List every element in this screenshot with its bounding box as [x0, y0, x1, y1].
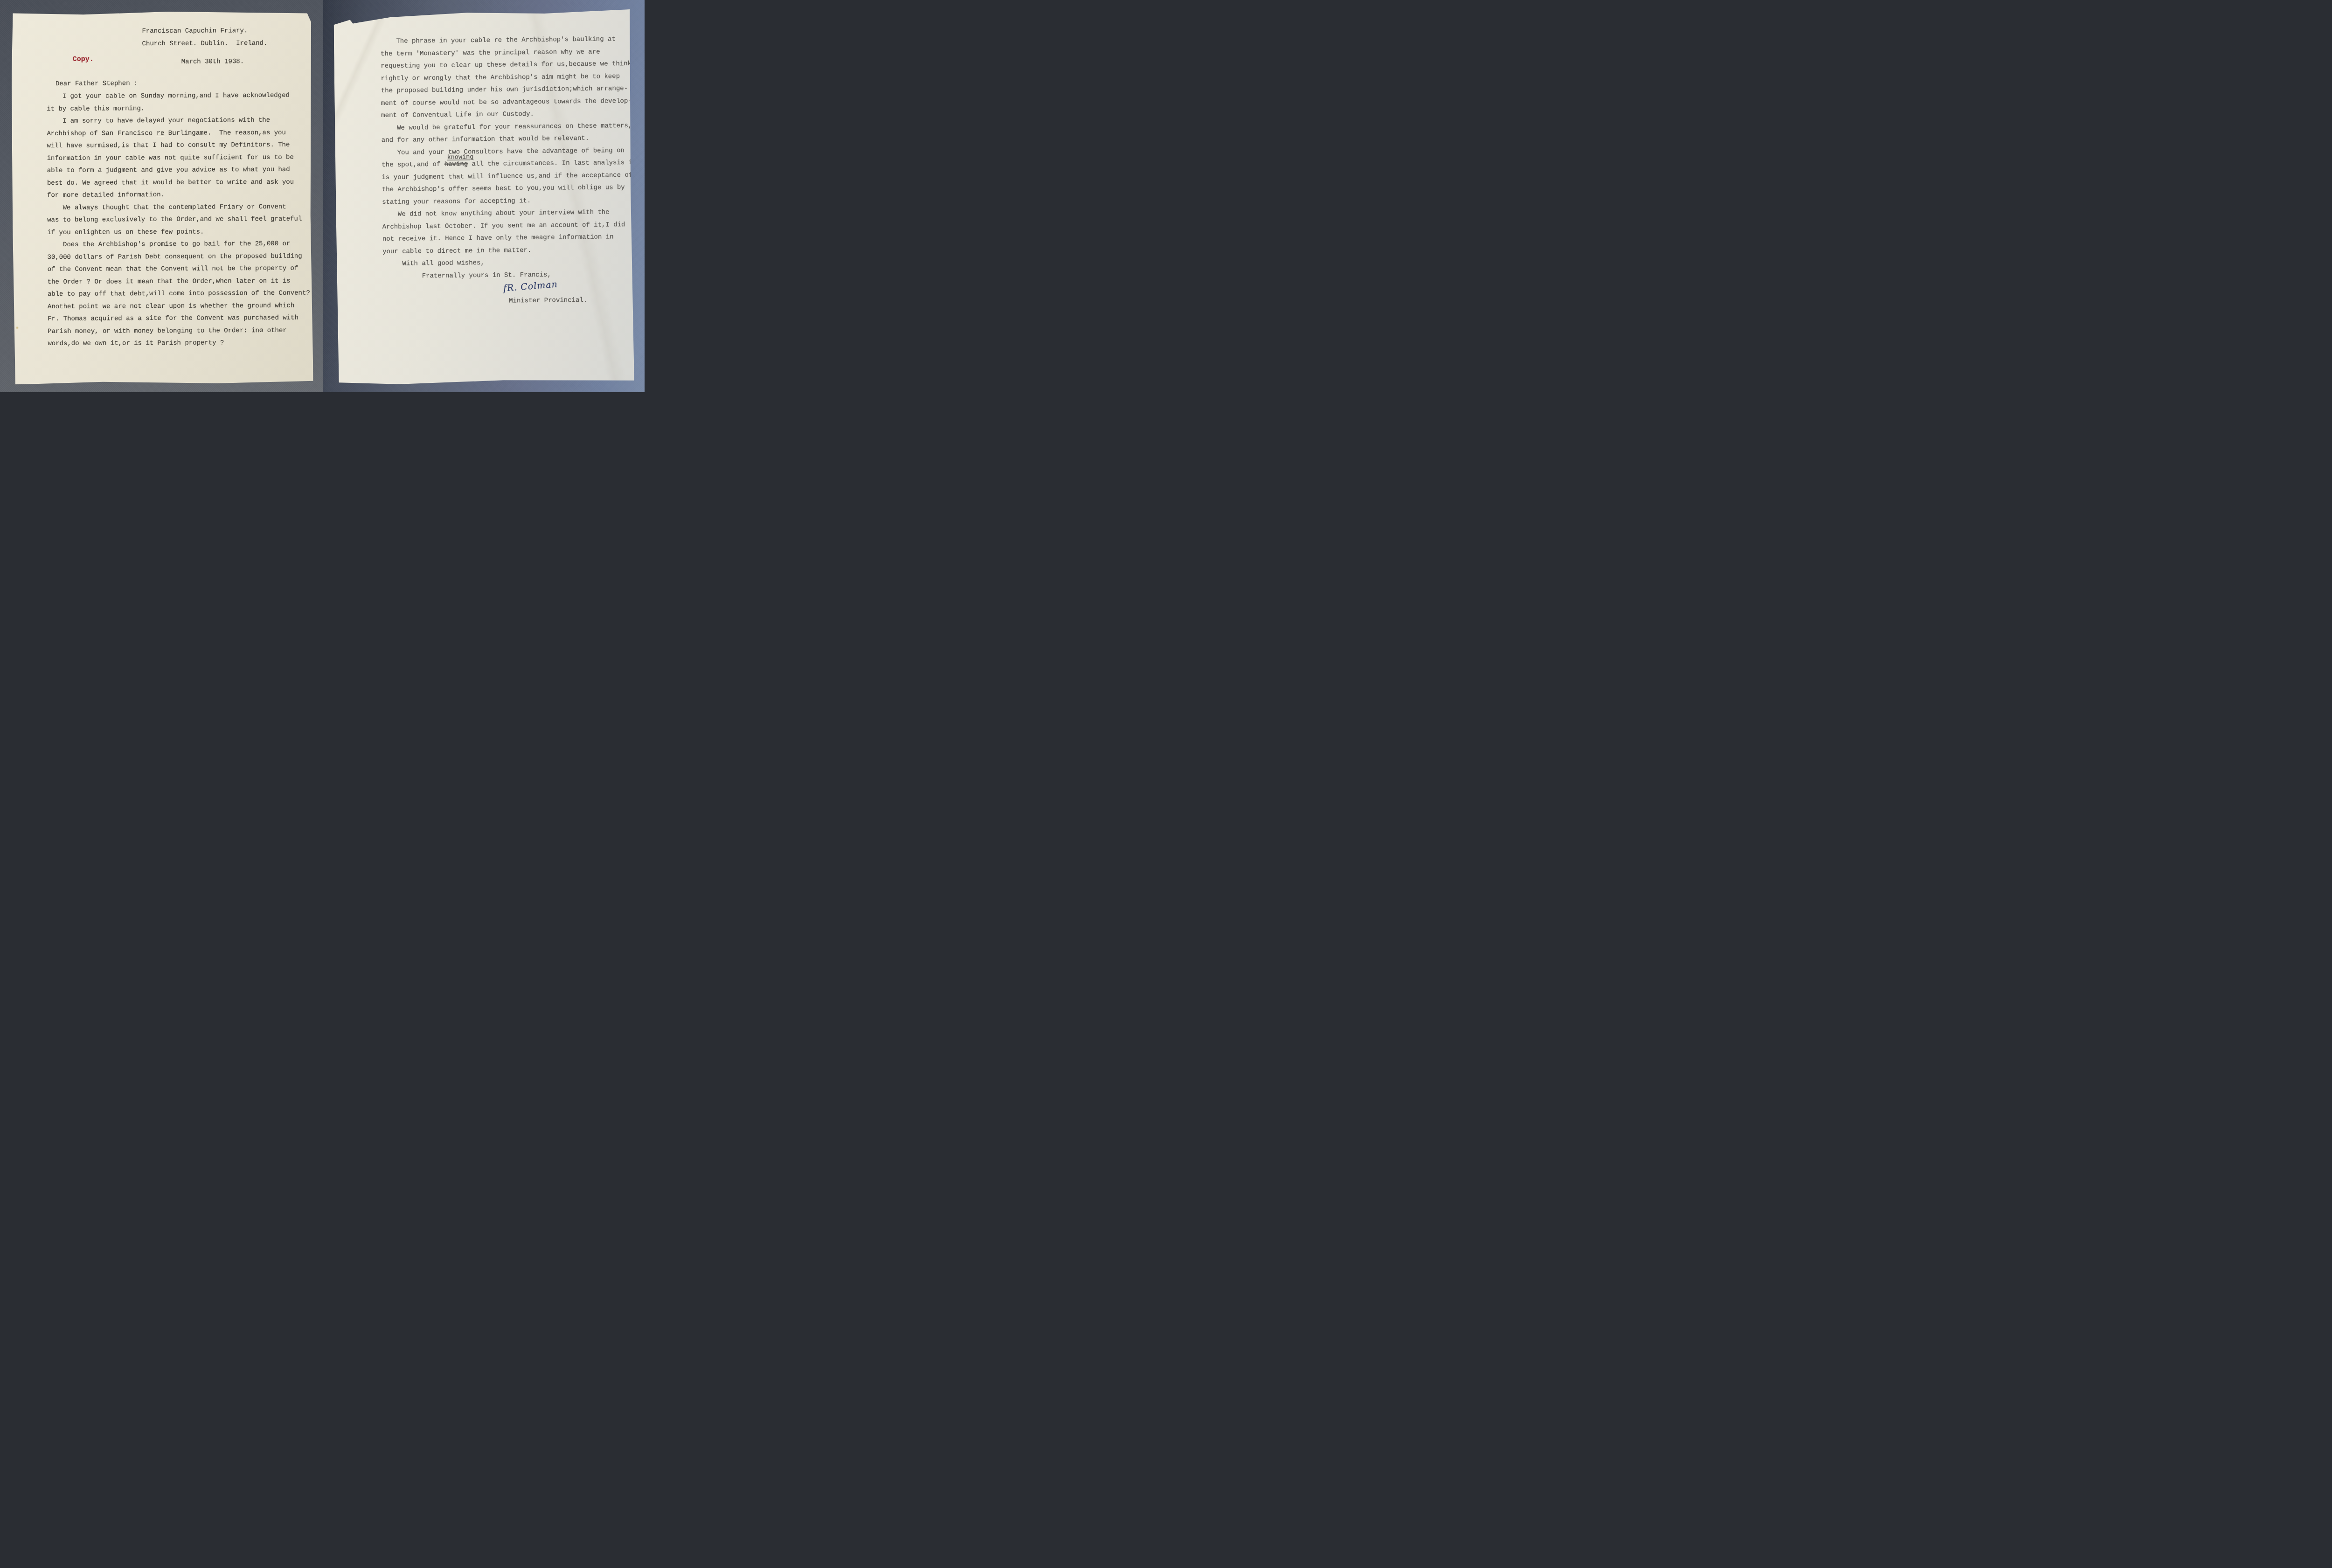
- page-1-body: I got your cable on Sunday morning,and I…: [47, 90, 310, 350]
- typed-line: the Order ? Or does it mean that the Ord…: [48, 275, 310, 288]
- typed-line: Parish money, or with money belonging to…: [48, 324, 310, 338]
- typed-line: We always thought that the contemplated …: [47, 201, 310, 214]
- line-segment: Burlingame. The reason,as you: [164, 129, 286, 137]
- typed-line: for more detailed information.: [47, 188, 310, 202]
- typed-line: ment of course would not be so advantage…: [381, 95, 636, 110]
- typed-line: able to form a judgment and give you adv…: [47, 164, 310, 177]
- typed-line: was to belong exclusively to the Order,a…: [47, 213, 310, 227]
- typed-line: if you enlighten us on these few points.: [47, 225, 310, 239]
- typed-line: I am sorry to have delayed your negotiat…: [47, 114, 309, 128]
- typed-line: not receive it. Hence I have only the me…: [382, 231, 637, 246]
- interlinear-insertion: knowing: [447, 152, 473, 164]
- line-segment: the spot,and of: [382, 161, 444, 169]
- page-2-body: The phrase in your cable re the Archbish…: [381, 33, 638, 283]
- typed-line: able to pay off that debt,will come into…: [48, 287, 310, 301]
- typed-line: We would be grateful for your reassuranc…: [381, 119, 636, 134]
- typed-line: it by cable this morning.: [47, 102, 309, 115]
- copy-stamp: Copy.: [73, 54, 94, 66]
- signature-title: Minister Provincial.: [509, 294, 587, 307]
- typed-line: the Archbishop's offer seems best to you…: [382, 181, 637, 196]
- typed-line: Anothet point we are not clear upon is w…: [48, 299, 310, 313]
- photograph-of-typewritten-letter: Franciscan Capuchin Friary. Church Stree…: [0, 0, 645, 392]
- letterhead-line-1: Franciscan Capuchin Friary.: [142, 25, 248, 37]
- typed-line: information in your cable was not quite …: [47, 151, 310, 165]
- line-segment: Archbishop of San Francisco: [47, 130, 156, 138]
- correction-group: knowinghaving: [444, 158, 468, 171]
- typed-line: 30,000 dollars of Parish Debt consequent…: [47, 250, 310, 264]
- typed-line: best do. We agreed that it would be bett…: [47, 176, 310, 189]
- underlined-word: re: [157, 129, 165, 137]
- typed-line: Fr. Thomas acquired as a site for the Co…: [48, 312, 310, 326]
- letter-page-1: Franciscan Capuchin Friary. Church Stree…: [11, 11, 313, 385]
- date-line: March 30th 1938.: [181, 56, 244, 68]
- line-segment: all the circumstances. In last analysis …: [468, 159, 636, 168]
- salutation: Dear Father Stephen :: [56, 77, 138, 90]
- typed-line: of the Convent mean that the Convent wil…: [48, 263, 310, 276]
- typed-line-with-underline: Archbishop of San Francisco re Burlingam…: [47, 126, 309, 140]
- typed-line: Fraternally yours in St. Francis,: [382, 268, 637, 283]
- typed-line: Does the Archbishop's promise to go bail…: [47, 238, 310, 251]
- typed-line: words,do we own it,or is it Parish prope…: [48, 337, 310, 350]
- letterhead-line-2: Church Street. Dublin. Ireland.: [142, 37, 268, 50]
- typed-line: will have surmised,is that I had to cons…: [47, 139, 309, 153]
- letter-page-2: The phrase in your cable re the Archbish…: [333, 9, 634, 385]
- typed-line: I got your cable on Sunday morning,and I…: [47, 90, 309, 103]
